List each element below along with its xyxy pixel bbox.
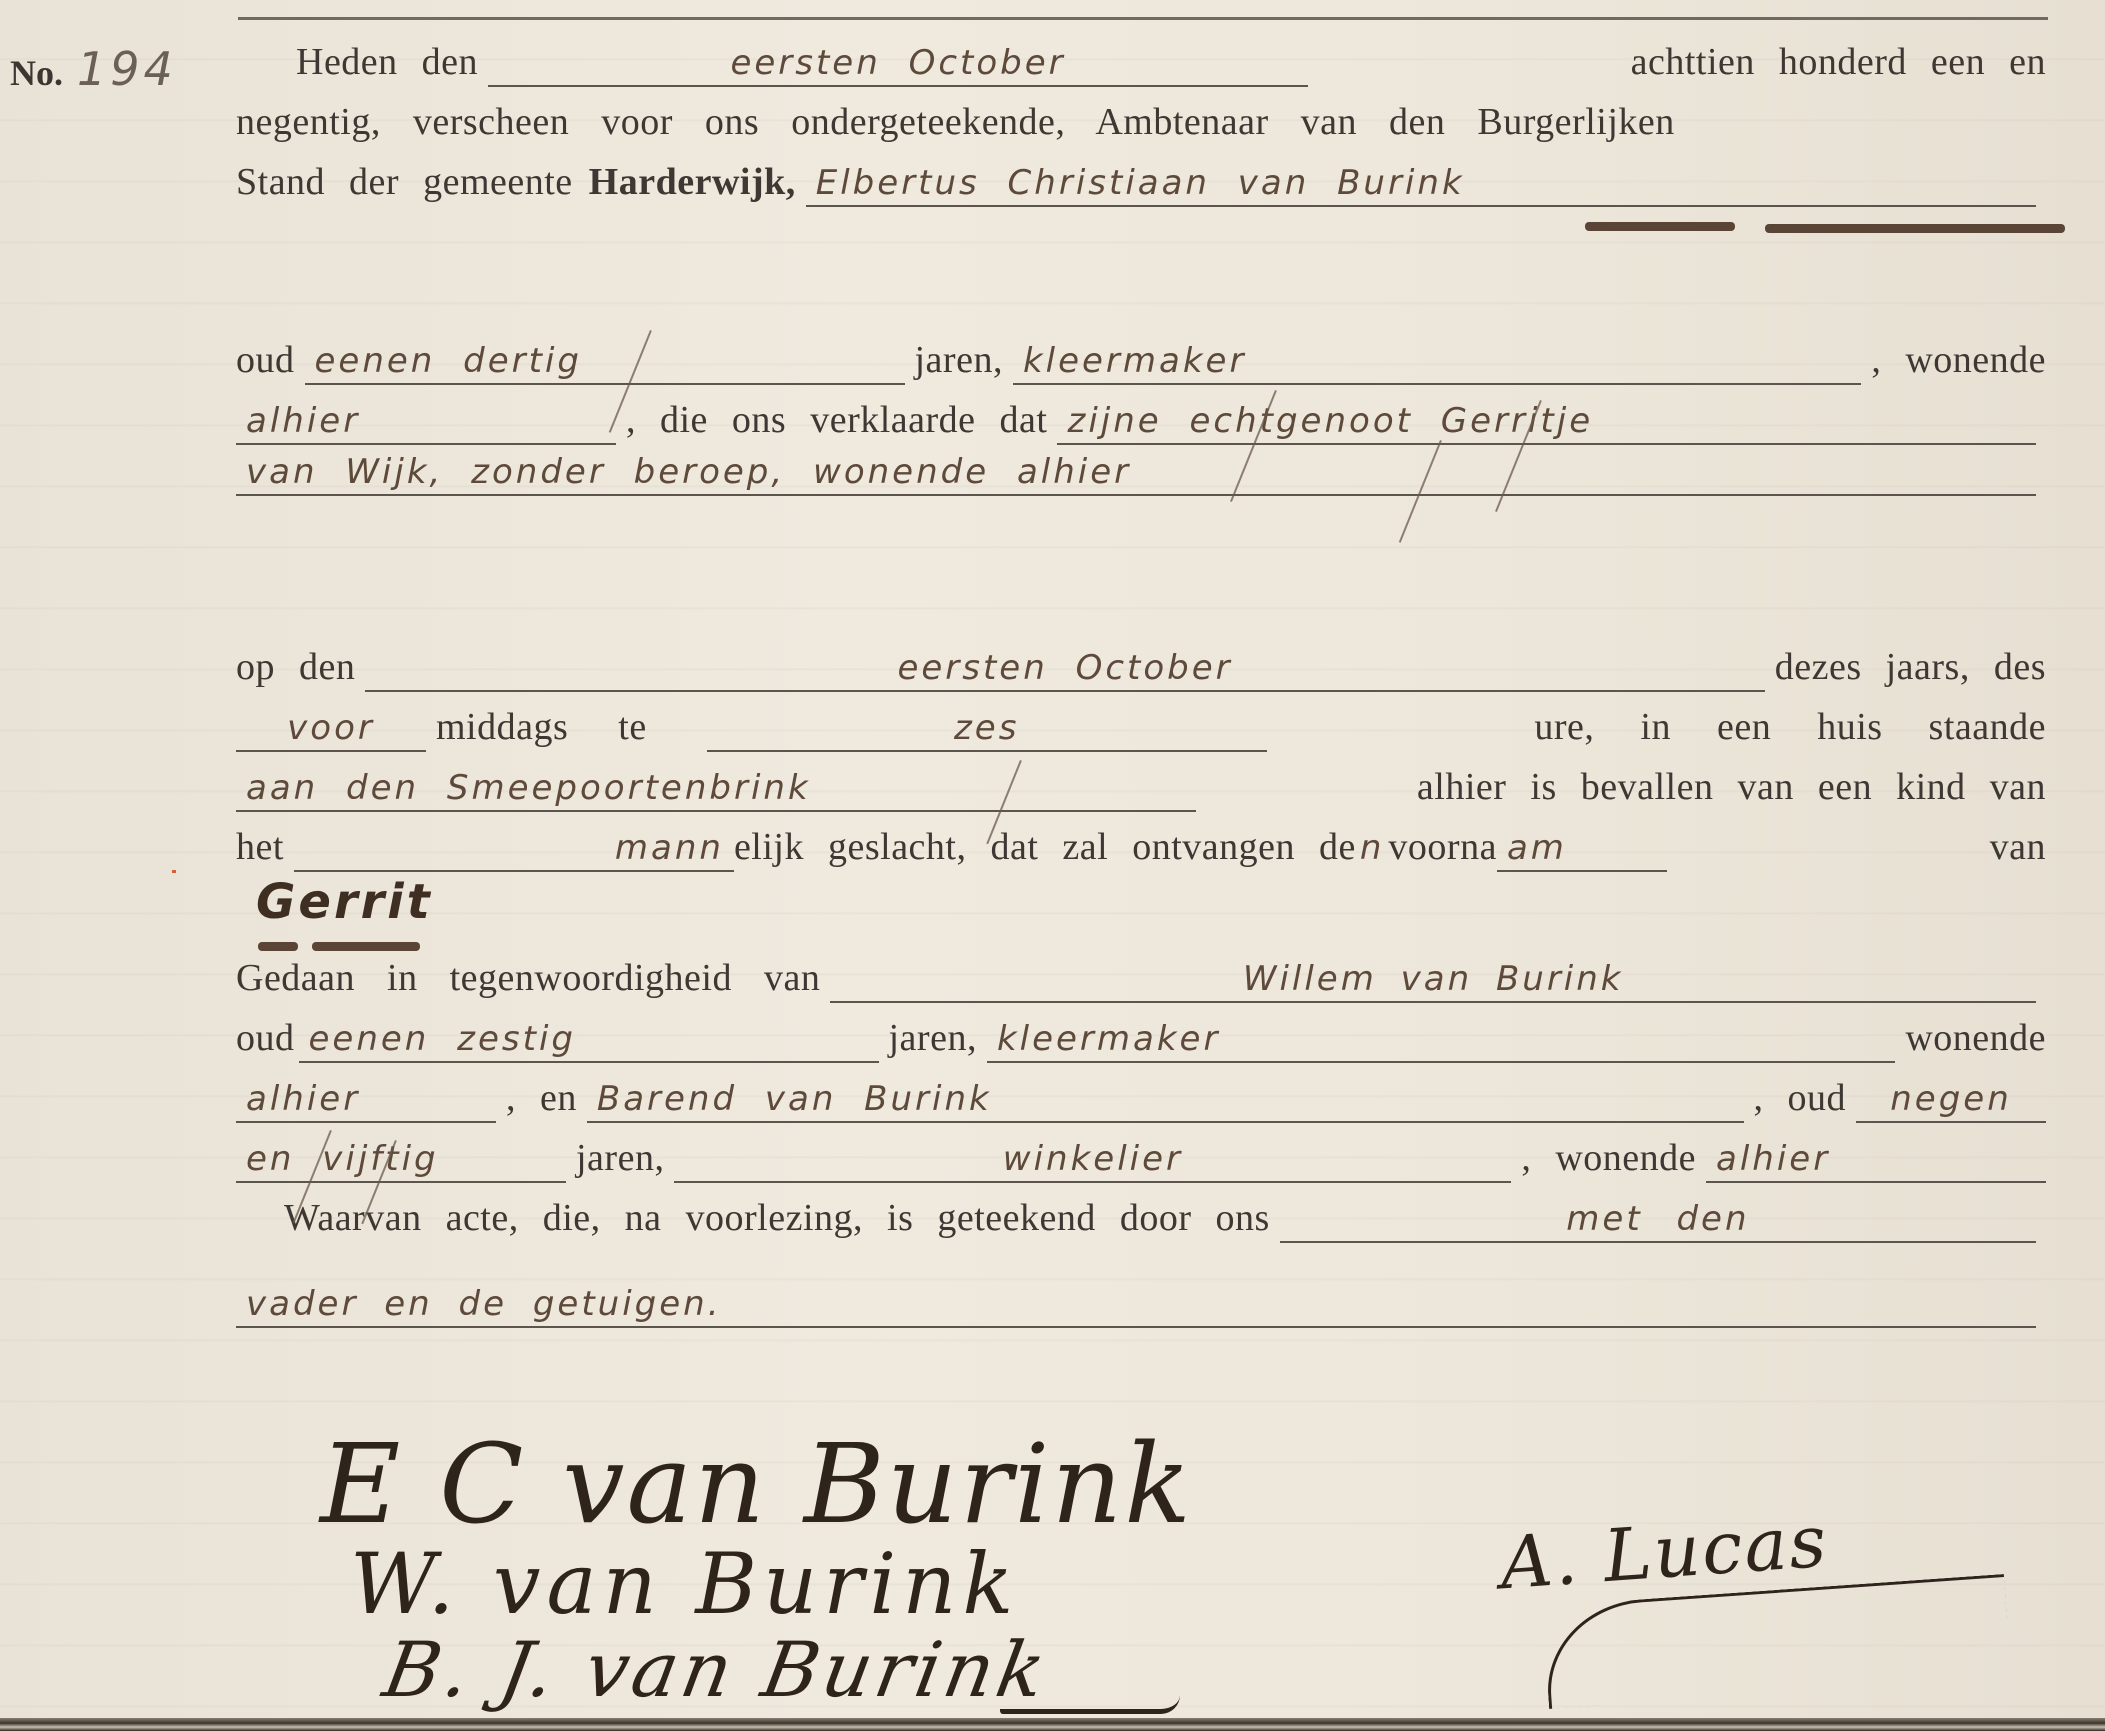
printed-text: negentig, verscheen voor ons ondergeteek… (236, 92, 1675, 152)
field-witness1-age: eenen zestig (299, 1017, 879, 1063)
field-witness2-age-part1: negen (1856, 1077, 2046, 1123)
line-14: alhier , en Barend van Burink , oud nege… (236, 1068, 2046, 1128)
name-underline-heavy (1765, 224, 2065, 233)
record-number-label: No. (10, 53, 63, 93)
line-5: alhier , die ons verklaarde dat zijne ec… (236, 390, 2046, 450)
name-underline-heavy (1585, 222, 1735, 231)
printed-text: voorna (1388, 817, 1497, 877)
field-signed-by: met den (1280, 1197, 2036, 1243)
printed-text: achttien honderd een en (1631, 32, 2046, 92)
line-7: op den eersten October dezes jaars, des (236, 637, 2046, 697)
line-13: oud eenen zestig jaren, kleermaker wonen… (236, 1008, 2046, 1068)
printed-text: middags te (436, 697, 647, 757)
printed-text: , wonende (1871, 330, 2046, 390)
field-mother: zijne echtgenoot Gerritje (1057, 399, 2036, 445)
printed-text: wonende (1905, 1008, 2046, 1068)
field-witness2-age-part2: en vijftig (236, 1137, 566, 1183)
printed-text: , die ons verklaarde dat (626, 390, 1047, 450)
line-1: Heden den eersten October achttien honde… (236, 32, 2046, 92)
line-9: aan den Smeepoortenbrink alhier is beval… (236, 757, 2046, 817)
printed-text: ure, in een huis staande (1534, 697, 2046, 757)
field-witness2-occupation: winkelier (674, 1137, 1511, 1183)
printed-text: Waarvan acte, die, na voorlezing, is get… (284, 1188, 1270, 1248)
field-declaration-date: eersten October (488, 41, 1308, 87)
top-rule-divider (238, 17, 2048, 20)
field-witness1-occupation: kleermaker (987, 1017, 1895, 1063)
field-witness1-name: Willem van Burink (830, 957, 2036, 1003)
line-6: van Wijk, zonder beroep, wonende alhier (236, 450, 2046, 510)
field-birth-hour: zes (707, 706, 1267, 752)
field-declarant-name: Elbertus Christiaan van Burink (806, 161, 2036, 207)
municipality-name: Harderwijk, (589, 152, 796, 212)
signature-witness1: W. van Burink (350, 1535, 1019, 1633)
field-suffix-am: am (1497, 826, 1667, 872)
line-10: het mann elijk geslacht, dat zal ontvang… (236, 817, 2046, 877)
printed-text: Heden den (296, 32, 478, 92)
line-15: en vijftig jaren, winkelier , wonende al… (236, 1128, 2046, 1188)
printed-text: het (236, 817, 284, 877)
line-17: vader en de getuigen. (236, 1282, 2046, 1342)
printed-text: , oud (1754, 1068, 1847, 1128)
field-suffix-n: n (1360, 826, 1385, 870)
printed-text: jaren, (889, 1008, 977, 1068)
field-witness2-residence: alhier (1706, 1137, 2046, 1183)
field-declarant-residence: alhier (236, 399, 616, 445)
field-witness2-name: Barend van Burink (587, 1077, 1744, 1123)
line-16: Waarvan acte, die, na voorlezing, is get… (236, 1188, 2046, 1248)
printed-text: oud (236, 1008, 295, 1068)
line-8: voor middags te zes ure, in een huis sta… (236, 697, 2046, 757)
printed-text: , en (506, 1068, 577, 1128)
field-signed-by-continued: vader en de getuigen. (236, 1282, 2036, 1328)
line-4: oud eenen dertig jaren, kleermaker , won… (236, 330, 2046, 390)
field-witness1-residence: alhier (236, 1077, 496, 1123)
record-number: No.194 (10, 42, 177, 96)
signature-witness2: B. J. van Burink (377, 1625, 1056, 1714)
ink-speck (172, 870, 176, 873)
printed-text: elijk geslacht, dat zal ontvangen de (734, 817, 1356, 877)
signature-flourish (1000, 1695, 1180, 1714)
printed-text: Stand der gemeente (236, 152, 573, 212)
line-11: Gerrit (236, 880, 2046, 940)
line-12: Gedaan in tegenwoordigheid van Willem va… (236, 948, 2046, 1008)
field-am-pm: voor (236, 706, 426, 752)
printed-text: alhier is bevallen van een kind van (1417, 757, 2046, 817)
printed-text: op den (236, 637, 355, 697)
line-2: negentig, verscheen voor ons ondergeteek… (236, 92, 2046, 152)
printed-text: dezes jaars, des (1775, 637, 2046, 697)
printed-text: jaren, (915, 330, 1003, 390)
printed-text: , wonende (1521, 1128, 1696, 1188)
printed-text: jaren, (576, 1128, 664, 1188)
field-declarant-age: eenen dertig (305, 339, 905, 385)
record-number-value: 194 (77, 42, 177, 96)
printed-text: van (1990, 817, 2046, 877)
field-sex: mann (294, 826, 734, 872)
field-child-name: Gerrit (246, 880, 443, 924)
page-bottom-edge (0, 1718, 2105, 1731)
printed-text: Gedaan in tegenwoordigheid van (236, 948, 820, 1008)
printed-text: oud (236, 330, 295, 390)
signature-father: E C van Burink (320, 1420, 1193, 1548)
field-birth-date: eersten October (365, 646, 1764, 692)
line-3: Stand der gemeente Harderwijk, Elbertus … (236, 152, 2046, 212)
field-birth-address: aan den Smeepoortenbrink (236, 766, 1196, 812)
field-mother-details: van Wijk, zonder beroep, wonende alhier (236, 450, 2036, 496)
field-declarant-occupation: kleermaker (1013, 339, 1861, 385)
